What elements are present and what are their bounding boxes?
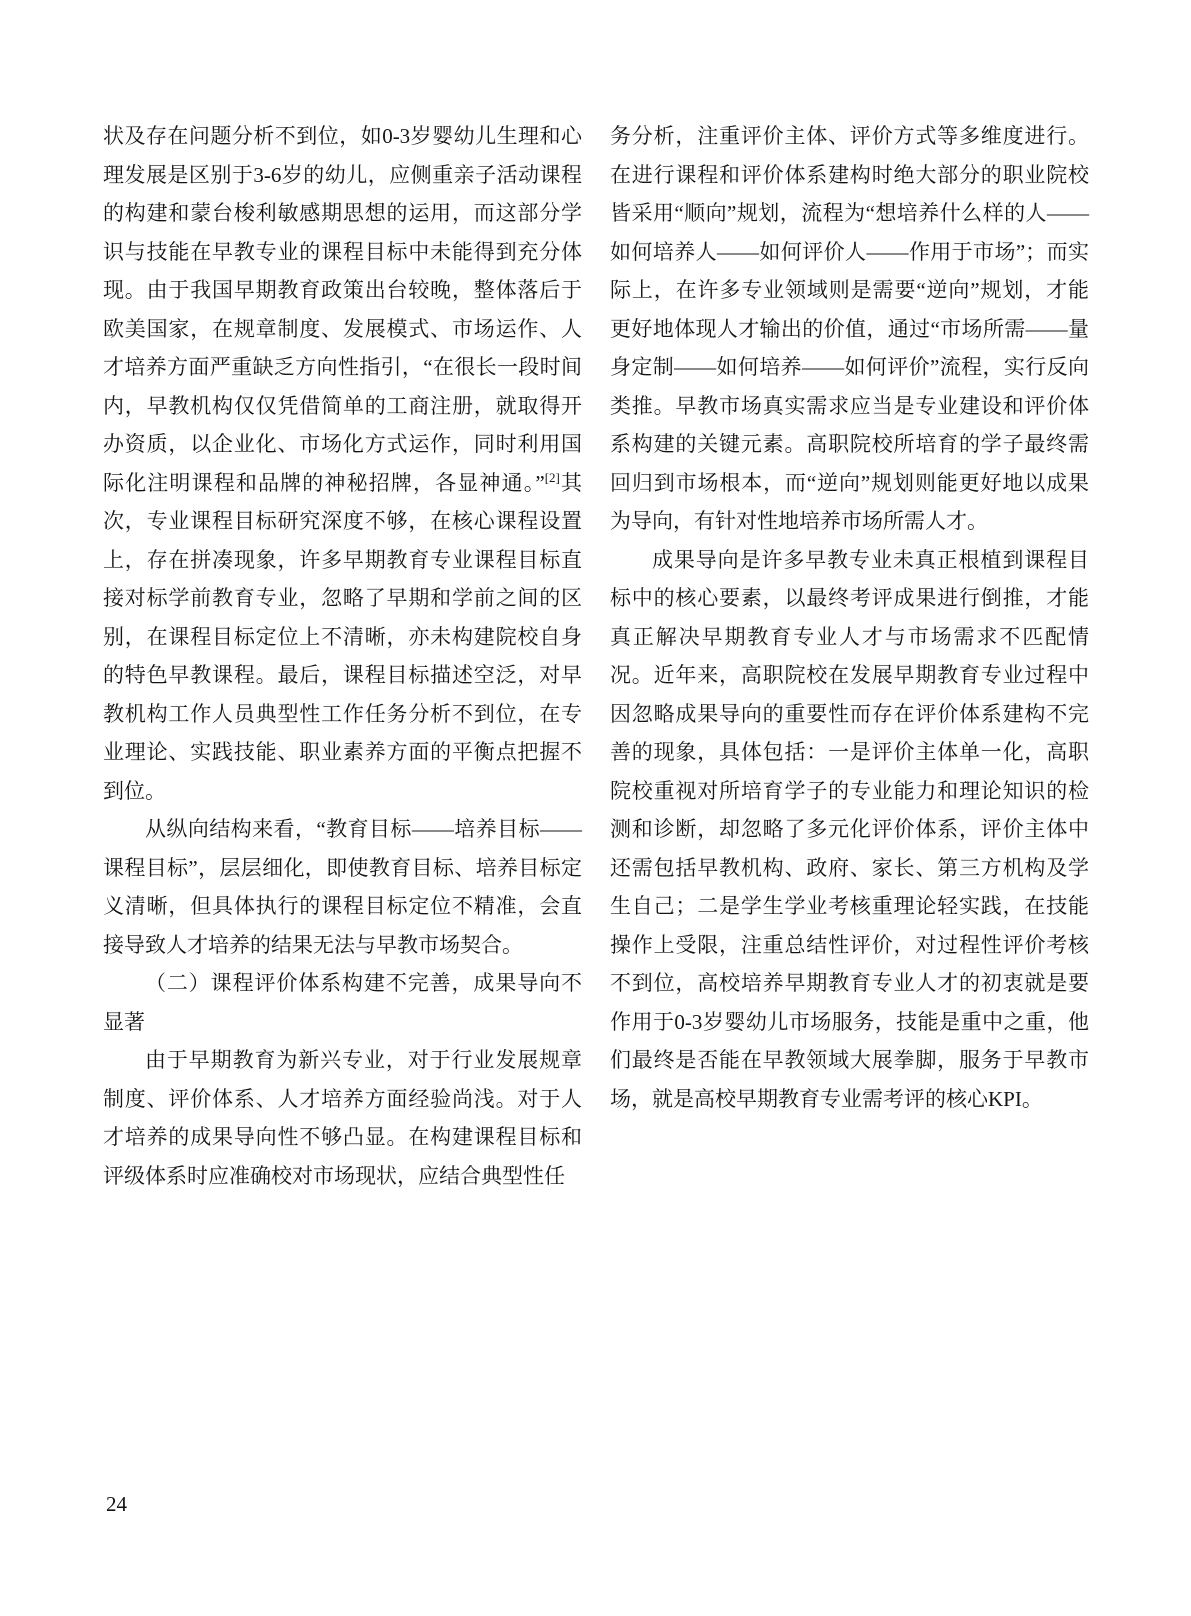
paragraph-text: 其次，专业课程目标研究深度不够，在核心课程设置上，存在拼凑现象，许多早期教育专业…	[103, 471, 582, 803]
paragraph-text: 状及存在问题分析不到位，如0-3岁婴幼儿生理和心理发展是区别于3-6岁的幼儿，应…	[103, 124, 582, 495]
paragraph-continued-from-left-column: 务分析，注重评价主体、评价方式等多维度进行。在进行课程和评价体系建构时绝大部分的…	[610, 117, 1089, 541]
right-text-column: 务分析，注重评价主体、评价方式等多维度进行。在进行课程和评价体系建构时绝大部分的…	[610, 117, 1089, 1118]
page-number: 24	[106, 1492, 127, 1517]
paragraph: 成果导向是许多早教专业未真正根植到课程目标中的核心要素，以最终考评成果进行倒推，…	[610, 541, 1089, 1119]
footnote-reference-2: [2]	[545, 470, 560, 485]
paragraph-continued-from-previous-page: 状及存在问题分析不到位，如0-3岁婴幼儿生理和心理发展是区别于3-6岁的幼儿，应…	[103, 117, 582, 810]
paper-page: 状及存在问题分析不到位，如0-3岁婴幼儿生理和心理发展是区别于3-6岁的幼儿，应…	[0, 0, 1191, 1616]
paragraph: 由于早期教育为新兴专业，对于行业发展规章制度、评价体系、人才培养方面经验尚浅。对…	[103, 1041, 582, 1195]
section-heading-2: （二）课程评价体系构建不完善，成果导向不显著	[103, 964, 582, 1041]
left-text-column: 状及存在问题分析不到位，如0-3岁婴幼儿生理和心理发展是区别于3-6岁的幼儿，应…	[103, 117, 582, 1195]
paragraph: 从纵向结构来看，“教育目标——培养目标——课程目标”，层层细化，即使教育目标、培…	[103, 810, 582, 964]
